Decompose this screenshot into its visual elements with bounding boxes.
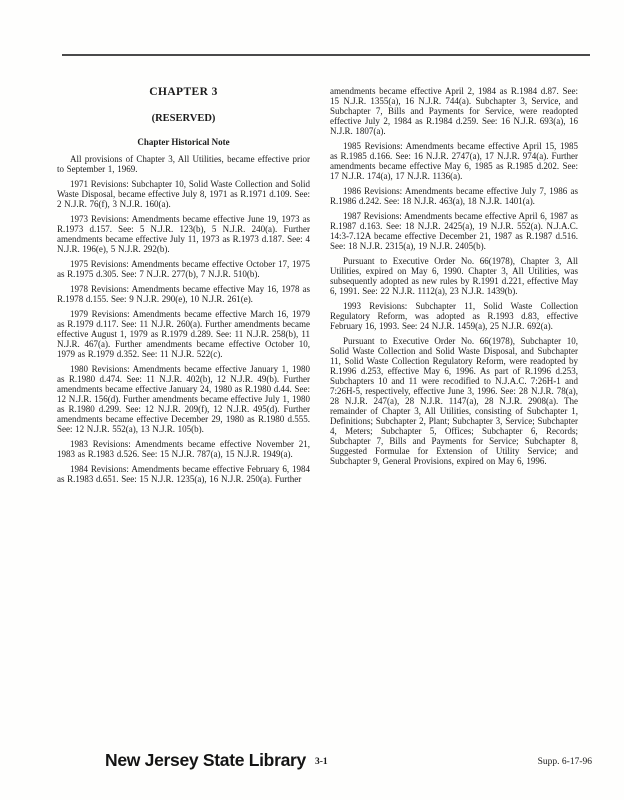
paragraph: 1984 Revisions: Amendments became effect… [57, 464, 310, 484]
paragraph: 1979 Revisions: Amendments became effect… [57, 309, 310, 359]
footer-supplement-date: Supp. 6-17-96 [538, 757, 592, 767]
paragraph: 1985 Revisions: Amendments became effect… [330, 141, 578, 181]
right-paragraphs: amendments became effective April 2, 198… [330, 86, 578, 466]
left-paragraphs: All provisions of Chapter 3, All Utiliti… [57, 154, 310, 484]
paragraph: amendments became effective April 2, 198… [330, 86, 578, 136]
chapter-status: (RESERVED) [57, 113, 310, 124]
header-rule [62, 54, 590, 56]
document-page: CHAPTER 3 (RESERVED) Chapter Historical … [0, 0, 624, 800]
left-column: CHAPTER 3 (RESERVED) Chapter Historical … [57, 86, 310, 489]
paragraph: 1975 Revisions: Amendments became effect… [57, 259, 310, 279]
paragraph: 1987 Revisions: Amendments became effect… [330, 211, 578, 251]
paragraph: Pursuant to Executive Order No. 66(1978)… [330, 256, 578, 296]
paragraph: 1973 Revisions: Amendments became effect… [57, 214, 310, 254]
text-columns: CHAPTER 3 (RESERVED) Chapter Historical … [57, 86, 578, 489]
paragraph: Pursuant to Executive Order No. 66(1978)… [330, 336, 578, 466]
footer-page-number: 3-1 [315, 757, 328, 767]
chapter-title: CHAPTER 3 [57, 86, 310, 98]
paragraph: All provisions of Chapter 3, All Utiliti… [57, 154, 310, 174]
paragraph: 1980 Revisions: Amendments became effect… [57, 364, 310, 434]
footer-library-stamp: New Jersey State Library [105, 750, 306, 771]
paragraph: 1971 Revisions: Subchapter 10, Solid Was… [57, 179, 310, 209]
paragraph: 1983 Revisions: Amendments became effect… [57, 439, 310, 459]
paragraph: 1993 Revisions: Subchapter 11, Solid Was… [330, 301, 578, 331]
right-column: amendments became effective April 2, 198… [330, 86, 578, 489]
section-heading: Chapter Historical Note [57, 137, 310, 147]
paragraph: 1986 Revisions: Amendments became effect… [330, 186, 578, 206]
paragraph: 1978 Revisions: Amendments became effect… [57, 284, 310, 304]
